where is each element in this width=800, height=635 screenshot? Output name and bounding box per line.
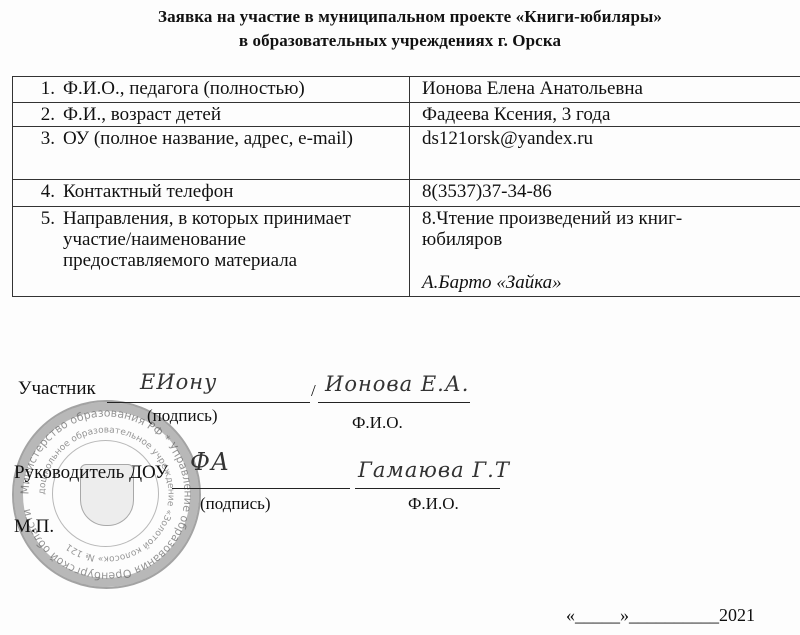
application-form-table: 1.Ф.И.О., педагога (полностью) Ионова Ел… <box>12 76 800 297</box>
document-title-line1: Заявка на участие в муниципальном проект… <box>10 5 800 29</box>
table-row: 3.ОУ (полное название, адрес, e-mail) ds… <box>13 127 800 180</box>
participant-signature: ЕИону <box>140 370 217 394</box>
participant-name-handwritten: Ионова Е.А. <box>325 372 469 396</box>
phone-field[interactable]: 8(3537)37-34-86 <box>410 180 800 207</box>
row-label: Направления, в которых принимает участие… <box>63 208 393 271</box>
row-label: Ф.И., возраст детей <box>63 104 393 125</box>
table-row: 4.Контактный телефон 8(3537)37-34-86 <box>13 180 800 207</box>
participant-label: Участник <box>18 378 96 400</box>
row-number: 4. <box>13 181 63 202</box>
head-name-caption: Ф.И.О. <box>408 494 459 514</box>
row-label: ОУ (полное название, адрес, e-mail) <box>63 128 393 149</box>
head-signature-caption: (подпись) <box>200 494 271 514</box>
row-number: 3. <box>13 128 63 149</box>
date-field[interactable]: «_____»__________2021 <box>566 605 755 626</box>
row-label: Контактный телефон <box>63 181 393 202</box>
child-name-age-field[interactable]: Фадеева Ксения, 3 года <box>410 103 800 127</box>
table-row: 5.Направления, в которых принимает участ… <box>13 207 800 297</box>
institution-email-field[interactable]: ds121orsk@yandex.ru <box>410 127 800 180</box>
teacher-name-field[interactable]: Ионова Елена Анатольевна <box>410 77 800 103</box>
row-label: Ф.И.О., педагога (полностью) <box>63 78 393 99</box>
table-row: 2.Ф.И., возраст детей Фадеева Ксения, 3 … <box>13 103 800 127</box>
head-name-handwritten: Гамаюва Г.Т <box>358 458 510 482</box>
participant-name-caption: Ф.И.О. <box>352 413 403 433</box>
seal-label: М.П. <box>14 516 54 538</box>
head-signature: ФА <box>190 448 230 476</box>
direction-value: 8.Чтение произведений из книг-юбиляров <box>422 208 752 250</box>
official-seal-stamp: Министерство образования РФ * Управление… <box>12 400 201 589</box>
row-number: 1. <box>13 78 63 99</box>
material-value: А.Барто «Зайка» <box>422 272 800 293</box>
direction-material-field[interactable]: 8.Чтение произведений из книг-юбиляров А… <box>410 207 800 297</box>
head-label: Руководитель ДОУ <box>14 462 168 484</box>
table-row: 1.Ф.И.О., педагога (полностью) Ионова Ел… <box>13 77 800 103</box>
row-number: 2. <box>13 104 63 125</box>
participant-signature-caption: (подпись) <box>147 406 218 426</box>
document-title-line2: в образовательных учреждениях г. Орска <box>0 29 800 53</box>
row-number: 5. <box>13 208 63 229</box>
